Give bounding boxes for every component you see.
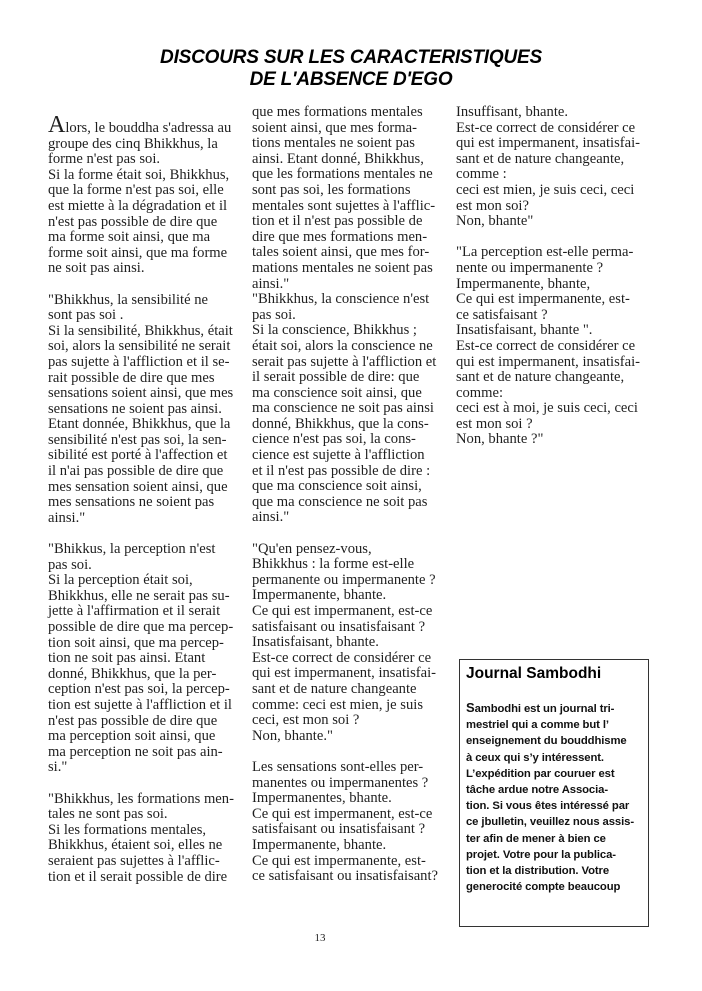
paragraph-question-perception: "La perception est-elle perma- nente ou … xyxy=(456,245,656,448)
text-column-2: que mes formations mentales soient ainsi… xyxy=(252,105,452,885)
paragraph-formations-conscience: que mes formations mentales soient ainsi… xyxy=(252,105,452,526)
paragraph-question-forme: "Qu'en pensez-vous, Bhikkhus : la forme … xyxy=(252,542,452,745)
paragraph-question-sensations: Les sensations sont-elles per- manentes … xyxy=(252,760,452,885)
info-box-body-text: ambodhi est un journal tri- mestriel qui… xyxy=(466,703,634,893)
info-box-body: Sambodhi est un journal tri- mestriel qu… xyxy=(466,700,643,895)
page-title: DISCOURS SUR LES CARACTERISTIQUES DE L'A… xyxy=(0,47,702,91)
paragraph-forme: Alors, le bouddha s'adressa au groupe de… xyxy=(48,118,248,277)
text-column-1: Alors, le bouddha s'adressa au groupe de… xyxy=(48,118,248,885)
info-box-title: Journal Sambodhi xyxy=(466,664,643,684)
page-number: 13 xyxy=(0,932,640,944)
paragraph-sensations-answer: Insuffisant, bhante. Est-ce correct de c… xyxy=(456,105,656,230)
text-column-3: Insuffisant, bhante. Est-ce correct de c… xyxy=(456,105,656,448)
info-box-initial: S xyxy=(466,700,475,715)
paragraph-formations-mentales: "Bhikkhus, les formations men- tales ne … xyxy=(48,792,248,886)
paragraph-sensibilite: "Bhikkhus, la sensibilité ne sont pas so… xyxy=(48,293,248,527)
paragraph-perception: "Bhikkus, la perception n'est pas soi. S… xyxy=(48,542,248,776)
drop-cap: A xyxy=(48,112,65,138)
title-line-2: DE L'ABSENCE D'EGO xyxy=(0,69,702,91)
journal-sambodhi-box: Journal Sambodhi Sambodhi est un journal… xyxy=(459,659,649,927)
title-line-1: DISCOURS SUR LES CARACTERISTIQUES xyxy=(0,47,702,69)
paragraph-forme-text: lors, le bouddha s'adressa au groupe des… xyxy=(48,120,231,276)
